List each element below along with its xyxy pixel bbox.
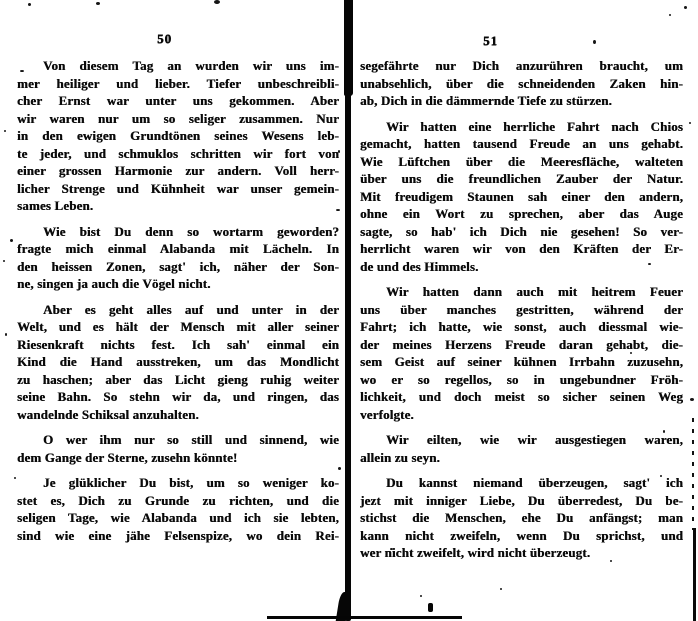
gutter-shadow-line — [345, 0, 351, 621]
bottom-edge-line — [267, 616, 462, 619]
noise-speck — [214, 0, 220, 4]
noise-speck — [10, 239, 13, 242]
noise-speck — [14, 477, 16, 479]
paragraph: Von diesem Tag an wurden wir uns im-mer … — [17, 57, 339, 215]
text-line: O wer ihm nur so still und sinnend, wie — [17, 431, 339, 449]
text-line: uns über manches gestritten, während der — [360, 301, 683, 319]
text-line: jezt mit inniger Liebe, Du überredest, D… — [360, 492, 683, 510]
text-line: den heissen Zonen, sagt' ich, näher der … — [17, 258, 339, 276]
paragraph: Wir hatten dann auch mit heitrem Feuerun… — [360, 283, 683, 423]
noise-speck — [390, 548, 393, 550]
text-line: Riesenkraft nichts fest. Ich sah' einmal… — [17, 336, 339, 354]
text-line: Mit freudigem Staunen sah einer den ande… — [360, 188, 683, 206]
text-line: wandelnde Schiksal anzuhalten. — [17, 406, 339, 424]
page-edge-solid-line — [693, 528, 696, 621]
text-line: unabsehlich, über die schneidenden Zaken… — [360, 75, 683, 93]
text-line: allein zu seyn. — [360, 449, 683, 467]
paragraph: Wie bist Du denn so wortarm geworden?fra… — [17, 223, 339, 293]
text-line: sind wie eine jähe Felsenspize, wo dein … — [17, 527, 339, 545]
text-line: Wie bist Du denn so wortarm geworden? — [17, 223, 339, 241]
text-line: segefährte nur Dich anzurühren braucht, … — [360, 57, 683, 75]
text-line: stet es, Dich zu Grunde zu richten, und … — [17, 492, 339, 510]
text-line: de und des Himmels. — [360, 258, 683, 276]
text-line: Du kannst niemand überzeugen, sagt' ich — [360, 474, 683, 492]
text-line: seligen Tage, wie Alabanda und ich sie l… — [17, 509, 339, 527]
noise-speck — [500, 588, 502, 590]
left-page-number: 50 — [157, 31, 172, 47]
noise-speck — [690, 398, 694, 401]
text-line: Von diesem Tag an wurden wir uns im- — [17, 57, 339, 75]
text-line: Wir hatten dann auch mit heitrem Feuer — [360, 283, 683, 301]
text-line: kann nicht zweifeln, wenn Du sprichst, u… — [360, 527, 683, 545]
noise-speck — [663, 430, 665, 433]
noise-speck — [669, 14, 671, 16]
text-line: gemacht, hatten tausend Freude an uns ge… — [360, 135, 683, 153]
noise-speck — [336, 209, 340, 211]
text-line: mer heiliger und lieber. Tiefer unbeschr… — [17, 75, 339, 93]
left-page-text: Von diesem Tag an wurden wir uns im-mer … — [17, 57, 339, 544]
paragraph: Aber es geht alles auf und unter in derW… — [17, 301, 339, 424]
paragraph: Du kannst niemand überzeugen, sagt' ichj… — [360, 474, 683, 562]
noise-speck — [4, 130, 6, 132]
text-line: einer grossen Harmonie zur andern. Voll … — [17, 162, 339, 180]
text-line: fragte mich einmal Alabanda mit Lächeln.… — [17, 240, 339, 258]
text-line: dem Gange der Sterne, zusehn könnte! — [17, 449, 339, 467]
text-line: seine Bahn. So stehn wir da, und ringen,… — [17, 388, 339, 406]
text-line: Wir hatten eine herrliche Fahrt nach Chi… — [360, 118, 683, 136]
noise-speck — [420, 595, 422, 597]
text-line: herrlicht waren wir von den Kräften der … — [360, 240, 683, 258]
text-line: cher Ernst war unter uns gekommen. Aber — [17, 92, 339, 110]
noise-speck — [660, 475, 662, 477]
text-line: Je glüklicher Du bist, um so weniger ko- — [17, 474, 339, 492]
paragraph: O wer ihm nur so still und sinnend, wied… — [17, 431, 339, 466]
noise-speck — [648, 263, 651, 265]
text-line: über uns die freundlichen Zauber der Nat… — [360, 170, 683, 188]
text-line: stichst die Menschen, ehe Du anfängst; m… — [360, 509, 683, 527]
noise-speck — [689, 122, 691, 124]
text-line: licher Strenge und Kühnheit war unser ge… — [17, 180, 339, 198]
text-line: wer nicht zweifelt, wird nicht überzeugt… — [360, 544, 683, 562]
text-line: Wie Lüftchen über die Meeresfläche, walt… — [360, 153, 683, 171]
paragraph: segefährte nur Dich anzurühren braucht, … — [360, 57, 683, 110]
text-line: Welt, und es hält der Mensch mit aller s… — [17, 318, 339, 336]
right-page-number: 51 — [483, 33, 498, 49]
noise-speck — [610, 560, 612, 562]
page-edge-dashed-line — [692, 418, 694, 530]
text-line: Wir eilten, wie wir ausgestiegen waren, — [360, 431, 683, 449]
noise-speck — [593, 40, 596, 44]
text-line: ohne ein Wort zu sprechen, aber das Auge — [360, 205, 683, 223]
book-scan: 50 51 Von diesem Tag an wurden wir uns i… — [0, 0, 698, 621]
noise-speck — [630, 352, 632, 354]
text-line: lichkeit, und doch meist so sicher seine… — [360, 388, 683, 406]
text-line: der meines Herzens Freude daran gehabt, … — [360, 336, 683, 354]
noise-speck — [96, 2, 100, 5]
text-line: sames Leben. — [17, 197, 339, 215]
noise-speck — [684, 6, 687, 9]
text-line: Kind die Hand ausstreken, um das Mondlic… — [17, 353, 339, 371]
text-line: ab, Dich in die dämmernde Tiefe zu stürz… — [360, 92, 683, 110]
noise-speck — [5, 333, 7, 336]
text-line: sem Geist auf seiner kühnen Irrbahn zuzu… — [360, 353, 683, 371]
right-page-text: segefährte nur Dich anzurühren braucht, … — [360, 57, 683, 562]
paragraph: Je glüklicher Du bist, um so weniger ko-… — [17, 474, 339, 544]
text-line: wir waren nur um so seliger zusammen. Nu… — [17, 110, 339, 128]
text-line: zu haschen; aber das Licht gieng ruhig w… — [17, 371, 339, 389]
noise-speck — [28, 3, 31, 6]
text-line: sagte, so hab' ich Dich nie gesehen! So … — [360, 223, 683, 241]
paragraph: Wir eilten, wie wir ausgestiegen waren,a… — [360, 431, 683, 466]
noise-speck — [338, 467, 341, 470]
signature-mark — [428, 603, 433, 612]
text-line: verfolgte. — [360, 406, 683, 424]
text-line: wo er so regellos, so in ungebundner Frö… — [360, 371, 683, 389]
text-line: in den ewigen Grundtönen seines Wesens l… — [17, 127, 339, 145]
noise-speck — [3, 260, 5, 262]
text-line: Fahrt; ich hatte, wie sonst, auch diessm… — [360, 318, 683, 336]
paragraph: Wir hatten eine herrliche Fahrt nach Chi… — [360, 118, 683, 276]
text-line: Aber es geht alles auf und unter in der — [17, 301, 339, 319]
noise-speck — [338, 150, 340, 153]
text-line: ne, singen ja auch die Vögel nicht. — [17, 275, 339, 293]
text-line: te jeder, und schmuklos schritten wir fo… — [17, 145, 339, 163]
noise-speck — [20, 70, 24, 72]
